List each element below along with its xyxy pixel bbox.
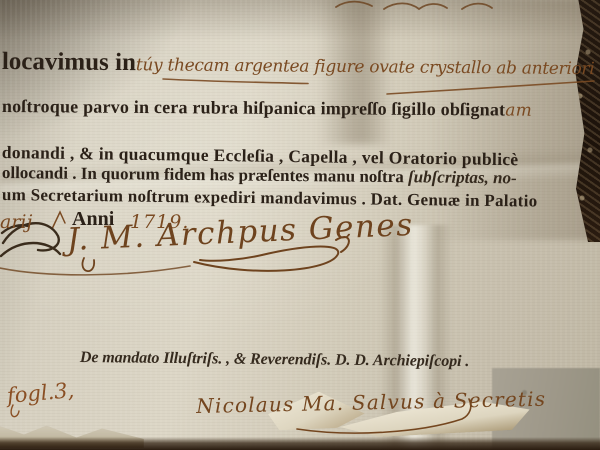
signature-descender-flourish <box>82 258 94 271</box>
secretary-signature: Nicolaus Ma. Salvus à Secretis <box>196 387 546 418</box>
printed-text: locavimus in <box>2 48 136 76</box>
de-mandato-line: De mandato Illuſtriſs. , & Reverendiſs. … <box>80 349 469 371</box>
paper-fold-ridge <box>380 225 452 450</box>
printed-italic-text: ſubſcriptas, no- <box>408 167 517 187</box>
text-line-2: noſtroque parvo in cera rubra hiſpanica … <box>2 96 532 121</box>
printed-text: um Secretarium noſtrum expediri mandavim… <box>2 185 538 211</box>
handwritten-suffix: am <box>505 101 532 121</box>
printed-text: noſtroque parvo in cera rubra hiſpanica … <box>2 96 506 120</box>
underline-stroke-left <box>163 79 308 84</box>
text-line-1: locavimus intúy thecam argentea figure o… <box>2 48 600 82</box>
date-caret-mark <box>52 212 65 229</box>
archbishop-signature: J. M. Archpus Genes <box>66 207 414 258</box>
bottom-shadow-edge <box>0 437 600 450</box>
underline-stroke-right <box>387 81 594 94</box>
torn-paper-edge-left <box>0 418 144 448</box>
dark-fabric-edge-right <box>570 0 600 242</box>
cut-off-handwriting-fragment <box>336 2 492 9</box>
signature-tail-left-sweep <box>0 266 190 275</box>
handwritten-date-fragment: arij <box>0 211 32 233</box>
photo-of-historical-document: locavimus intúy thecam argentea figure o… <box>0 0 600 450</box>
folio-note: fogl.3, <box>6 378 75 408</box>
printed-text: ollocandi . In quorum fidem has præſente… <box>2 163 408 186</box>
handwritten-text: túy thecam argentea figure ovate crystal… <box>136 55 600 80</box>
text-line-4: ollocandi . In quorum fidem has præſente… <box>2 163 517 188</box>
